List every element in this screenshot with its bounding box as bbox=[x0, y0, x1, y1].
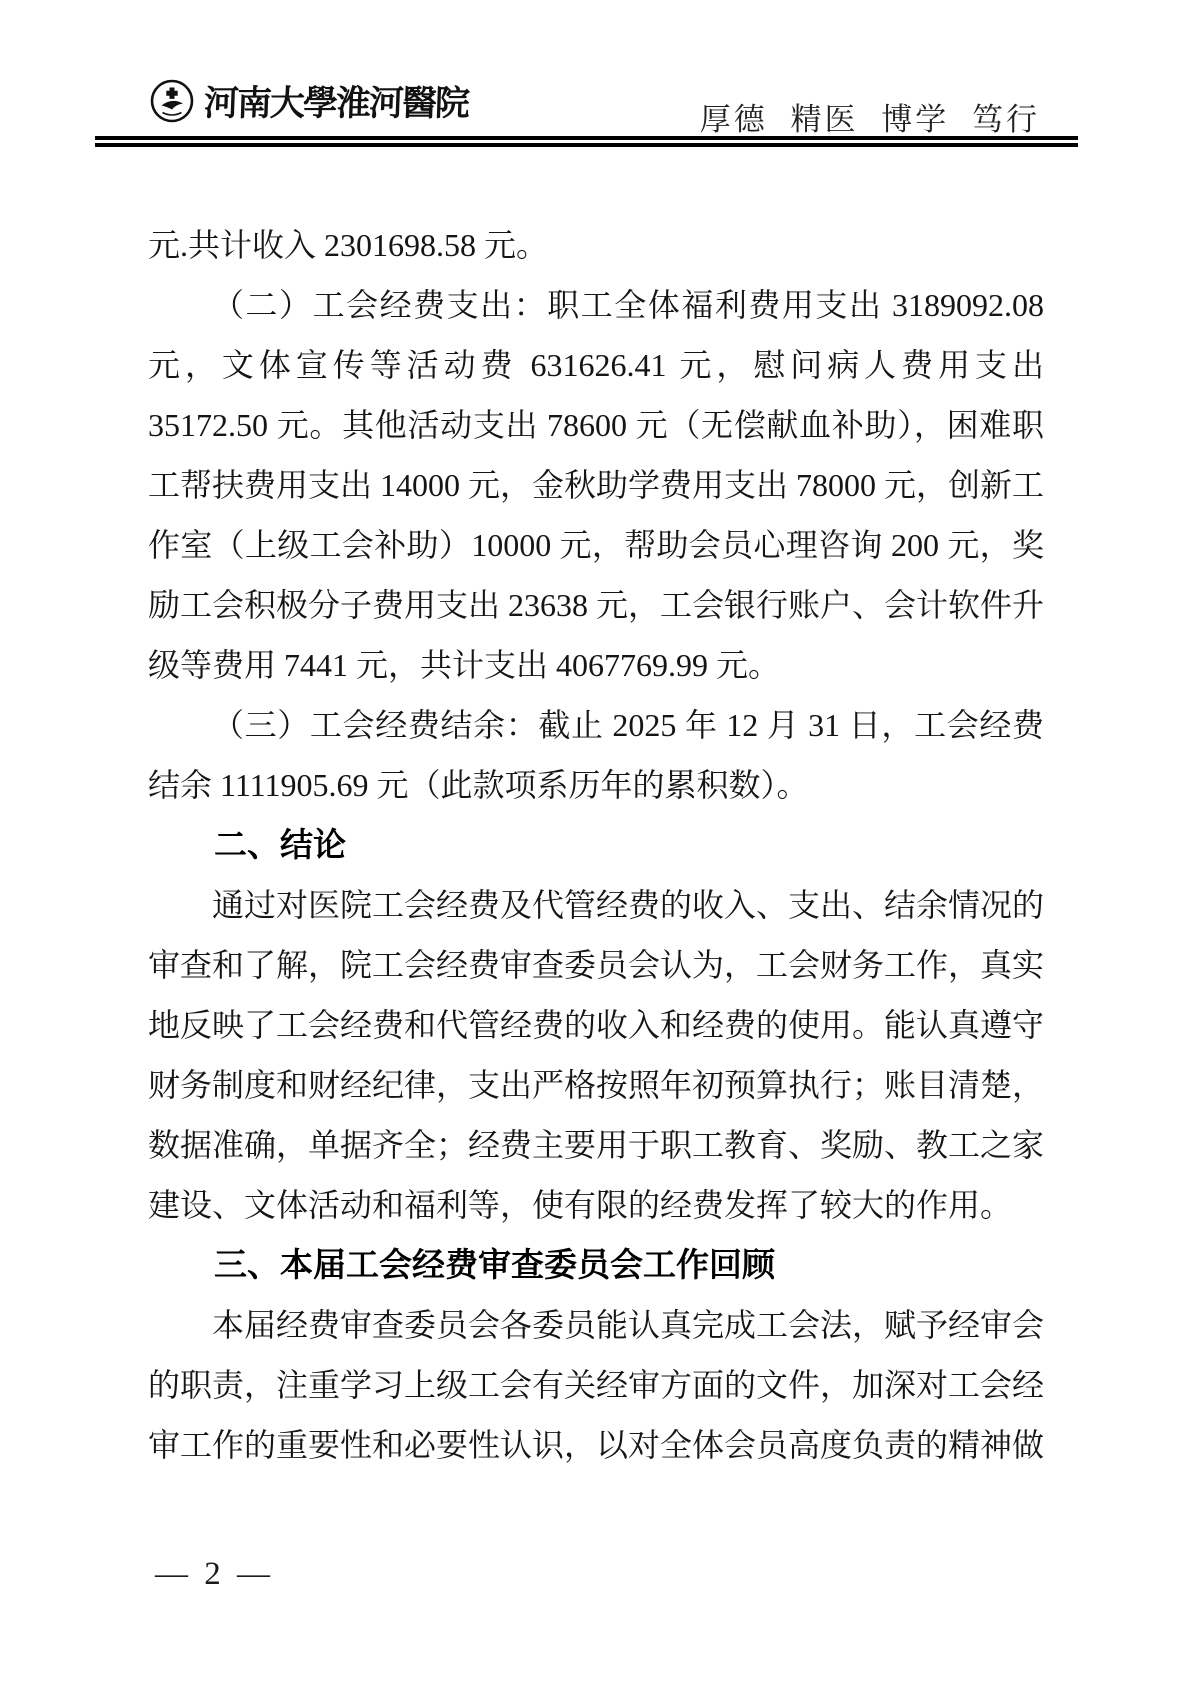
page-number: — 2 — bbox=[155, 1556, 274, 1593]
institution-name: 河南大學淮河醫院 bbox=[203, 76, 469, 126]
document-line: 元.共计收入 2301698.58 元。 bbox=[148, 215, 1044, 275]
document-line: 审工作的重要性和必要性认识，以对全体会员高度负责的精神做 bbox=[148, 1415, 1044, 1475]
document-lines: 元.共计收入 2301698.58 元。（二）工会经费支出：职工全体福利费用支出… bbox=[148, 215, 1044, 1475]
document-line: 数据准确，单据齐全；经费主要用于职工教育、奖励、教工之家 bbox=[148, 1115, 1044, 1175]
hospital-crest-emblem-icon bbox=[150, 79, 194, 123]
section-heading: 三、本届工会经费审查委员会工作回顾 bbox=[148, 1235, 1044, 1295]
document-line: （三）工会经费结余：截止 2025 年 12 月 31 日，工会经费 bbox=[148, 695, 1044, 755]
document-line: 作室（上级工会补助）10000 元，帮助会员心理咨询 200 元，奖 bbox=[148, 515, 1044, 575]
document-line: 元，文体宣传等活动费 631626.41 元，慰问病人费用支出 bbox=[148, 335, 1044, 395]
document-line: 通过对医院工会经费及代管经费的收入、支出、结余情况的 bbox=[148, 875, 1044, 935]
document-line: 地反映了工会经费和代管经费的收入和经费的使用。能认真遵守 bbox=[148, 995, 1044, 1055]
document-line: 级等费用 7441 元，共计支出 4067769.99 元。 bbox=[148, 635, 1044, 695]
section-heading: 二、结论 bbox=[148, 815, 1044, 875]
letterhead-divider bbox=[95, 136, 1078, 147]
document-line: （二）工会经费支出：职工全体福利费用支出 3189092.08 bbox=[148, 275, 1044, 335]
document-line: 本届经费审查委员会各委员能认真完成工会法，赋予经审会 bbox=[148, 1295, 1044, 1355]
document-line: 工帮扶费用支出 14000 元，金秋助学费用支出 78000 元，创新工 bbox=[148, 455, 1044, 515]
document-line: 励工会积极分子费用支出 23638 元，工会银行账户、会计软件升 bbox=[148, 575, 1044, 635]
document-line: 建设、文体活动和福利等，使有限的经费发挥了较大的作用。 bbox=[148, 1175, 1044, 1235]
document-line: 财务制度和财经纪律，支出严格按照年初预算执行；账目清楚， bbox=[148, 1055, 1044, 1115]
document-page: 河南大學淮河醫院 厚德 精医 博学 笃行 元.共计收入 2301698.58 元… bbox=[0, 0, 1190, 1683]
hospital-motto: 厚德 精医 博学 笃行 bbox=[700, 94, 1040, 139]
document-line: 审查和了解，院工会经费审查委员会认为，工会财务工作，真实 bbox=[148, 935, 1044, 995]
document-line: 35172.50 元。其他活动支出 78600 元（无偿献血补助），困难职 bbox=[148, 395, 1044, 455]
document-line: 的职责，注重学习上级工会有关经审方面的文件，加深对工会经 bbox=[148, 1355, 1044, 1415]
letterhead: 河南大學淮河醫院 bbox=[150, 76, 468, 126]
document-line: 结余 1111905.69 元（此款项系历年的累积数）。 bbox=[148, 755, 1044, 815]
